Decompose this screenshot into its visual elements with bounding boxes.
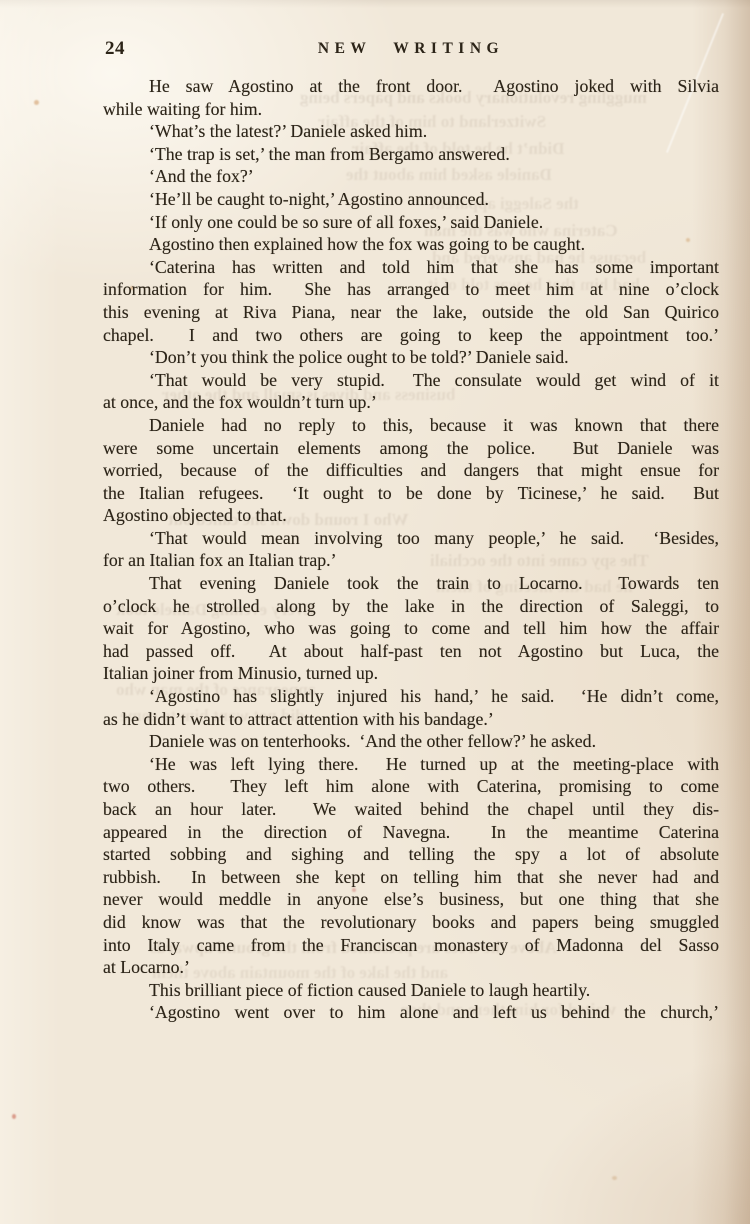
text-line: back an hour later. We waited behind the… [103,798,719,821]
text-line: ‘The trap is set,’ the man from Bergamo … [103,143,719,166]
text-line: Daniele was on tenterhooks. ‘And the oth… [103,730,719,753]
text-line: ‘He’ll be caught to-night,’ Agostino ann… [103,188,719,211]
text-line: That evening Daniele took the train to L… [103,572,719,595]
text-line: at once, and the fox wouldn’t turn up.’ [103,391,719,414]
text-line: appeared in the direction of Navegna. In… [103,821,719,844]
text-line: were some uncertain elements among the p… [103,437,719,460]
text-line: while waiting for him. [103,98,719,121]
text-line: information for him. She has arranged to… [103,278,719,301]
text-line: wait for Agostino, who was going to come… [103,617,719,640]
foxing-spot [34,100,39,105]
text-line: two others. They left him alone with Cat… [103,775,719,798]
text-line: ‘What’s the latest?’ Daniele asked him. [103,120,719,143]
text-line: chapel. I and two others are going to ke… [103,324,719,347]
text-line: never would meddle in anyone else’s busi… [103,888,719,911]
text-line: did know was that the revolutionary book… [103,911,719,934]
text-line: for an Italian fox an Italian trap.’ [103,549,719,572]
text-line: ‘That would mean involving too many peop… [103,527,719,550]
text-line: ‘Don’t you think the police ought to be … [103,346,719,369]
foxing-spot [612,1176,617,1180]
text-line: Agostino objected to that. [103,504,719,527]
text-line: o’clock he strolled along by the lake in… [103,595,719,618]
text-line: worried, because of the difficulties and… [103,459,719,482]
book-page-scan: muggling revolutionary books and papers … [0,0,750,1224]
text-line: ‘That would be very stupid. The consulat… [103,369,719,392]
text-line: rubbish. In between she kept on telling … [103,866,719,889]
text-line: He saw Agostino at the front door. Agost… [103,75,719,98]
text-line: ‘And the fox?’ [103,165,719,188]
text-line: at Locarno.’ [103,956,719,979]
text-line: Daniele had no reply to this, because it… [103,414,719,437]
text-line: This brilliant piece of fiction caused D… [103,979,719,1002]
text-line: ‘Agostino went over to him alone and lef… [103,1001,719,1024]
text-line: Agostino then explained how the fox was … [103,233,719,256]
text-line: ‘Agostino has slightly injured his hand,… [103,685,719,708]
text-line: ‘He was left lying there. He turned up a… [103,753,719,776]
text-line: ‘Caterina has written and told him that … [103,256,719,279]
text-line: as he didn’t want to attract attention w… [103,708,719,731]
running-head: 24 NEW WRITING [103,38,719,60]
text-line: into Italy came from the Franciscan mona… [103,934,719,957]
text-line: started sobbing and sighing and telling … [103,843,719,866]
body-text: He saw Agostino at the front door. Agost… [103,75,719,1024]
text-line: had passed off. At about half-past ten n… [103,640,719,663]
foxing-spot [12,1114,16,1119]
running-header-title: NEW WRITING [103,40,719,58]
text-line: Italian joiner from Minusio, turned up. [103,662,719,685]
text-line: ‘If only one could be so sure of all fox… [103,211,719,234]
text-line: the Italian refugees. ‘It ought to be do… [103,482,719,505]
text-line: this evening at Riva Piana, near the lak… [103,301,719,324]
